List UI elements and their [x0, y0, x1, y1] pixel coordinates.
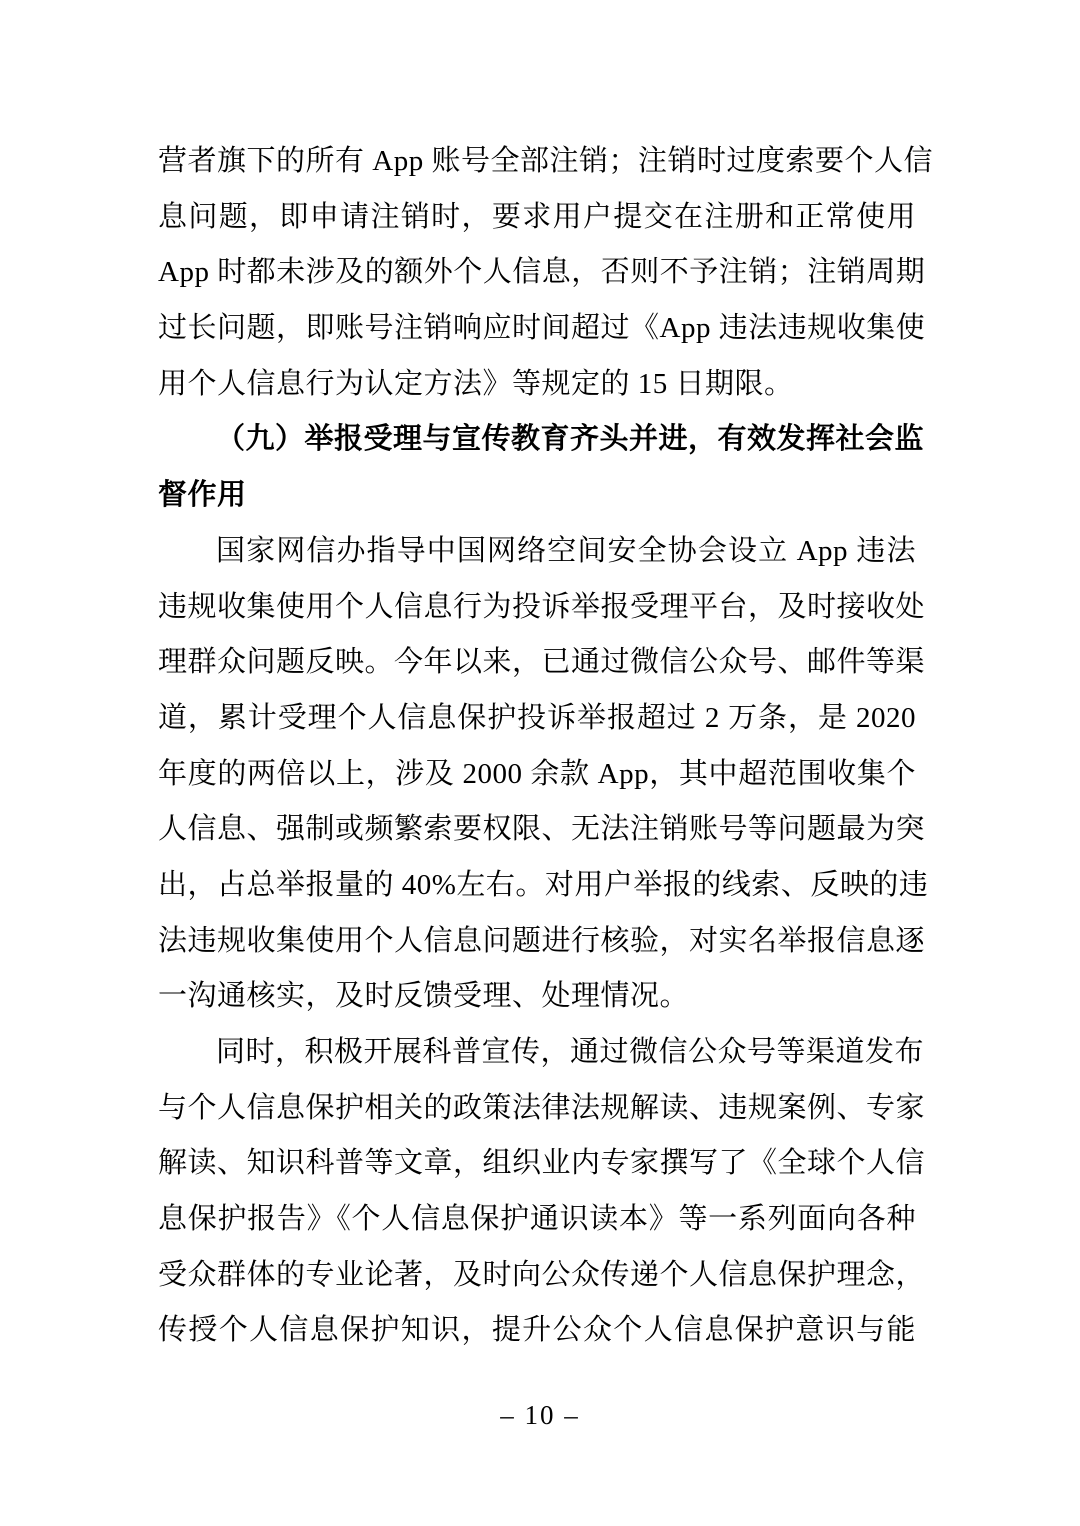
- text-line: 受众群体的专业论著，及时向公众传递个人信息保护理念，: [158, 1248, 916, 1304]
- document-page: 营者旗下的所有 App 账号全部注销；注销时过度索要个人信息问题，即申请注销时，…: [0, 0, 1080, 1526]
- paragraph: 同时，积极开展科普宣传，通过微信公众号等渠道发布与个人信息保护相关的政策法律法规…: [158, 1025, 916, 1359]
- text-line: 传授个人信息保护知识，提升公众个人信息保护意识与能: [158, 1303, 916, 1359]
- text-content: 营者旗下的所有 App 账号全部注销；注销时过度索要个人信息问题，即申请注销时，…: [158, 134, 916, 1359]
- paragraph: 营者旗下的所有 App 账号全部注销；注销时过度索要个人信息问题，即申请注销时，…: [158, 134, 916, 412]
- text-line: 法违规收集使用个人信息问题进行核验，对实名举报信息逐: [158, 914, 916, 970]
- text-line: 理群众问题反映。今年以来，已通过微信公众号、邮件等渠: [158, 635, 916, 691]
- text-line: 营者旗下的所有 App 账号全部注销；注销时过度索要个人信: [158, 134, 916, 190]
- text-line: 违规收集使用个人信息行为投诉举报受理平台，及时接收处: [158, 580, 916, 636]
- text-line: 与个人信息保护相关的政策法律法规解读、违规案例、专家: [158, 1081, 916, 1137]
- page-number: – 10 –: [0, 1398, 1080, 1432]
- text-line: App 时都未涉及的额外个人信息，否则不予注销；注销周期: [158, 245, 916, 301]
- text-line: 同时，积极开展科普宣传，通过微信公众号等渠道发布: [158, 1025, 916, 1081]
- text-line: 国家网信办指导中国网络空间安全协会设立 App 违法: [158, 524, 916, 580]
- paragraph: 国家网信办指导中国网络空间安全协会设立 App 违法违规收集使用个人信息行为投诉…: [158, 524, 916, 1025]
- section-heading: （九）举报受理与宣传教育齐头并进，有效发挥社会监督作用: [158, 412, 916, 523]
- text-line: 息保护报告》《个人信息保护通识读本》等一系列面向各种: [158, 1192, 916, 1248]
- text-line: 督作用: [158, 468, 916, 524]
- text-line: 一沟通核实，及时反馈受理、处理情况。: [158, 969, 916, 1025]
- text-line: 用个人信息行为认定方法》等规定的 15 日期限。: [158, 357, 916, 413]
- text-line: 过长问题，即账号注销响应时间超过《App 违法违规收集使: [158, 301, 916, 357]
- text-line: 道，累计受理个人信息保护投诉举报超过 2 万条，是 2020: [158, 691, 916, 747]
- text-line: 年度的两倍以上，涉及 2000 余款 App，其中超范围收集个: [158, 747, 916, 803]
- text-line: 出，占总举报量的 40%左右。对用户举报的线索、反映的违: [158, 858, 916, 914]
- text-line: 解读、知识科普等文章，组织业内专家撰写了《全球个人信: [158, 1136, 916, 1192]
- text-line: （九）举报受理与宣传教育齐头并进，有效发挥社会监: [158, 412, 916, 468]
- text-line: 息问题，即申请注销时，要求用户提交在注册和正常使用: [158, 190, 916, 246]
- text-line: 人信息、强制或频繁索要权限、无法注销账号等问题最为突: [158, 802, 916, 858]
